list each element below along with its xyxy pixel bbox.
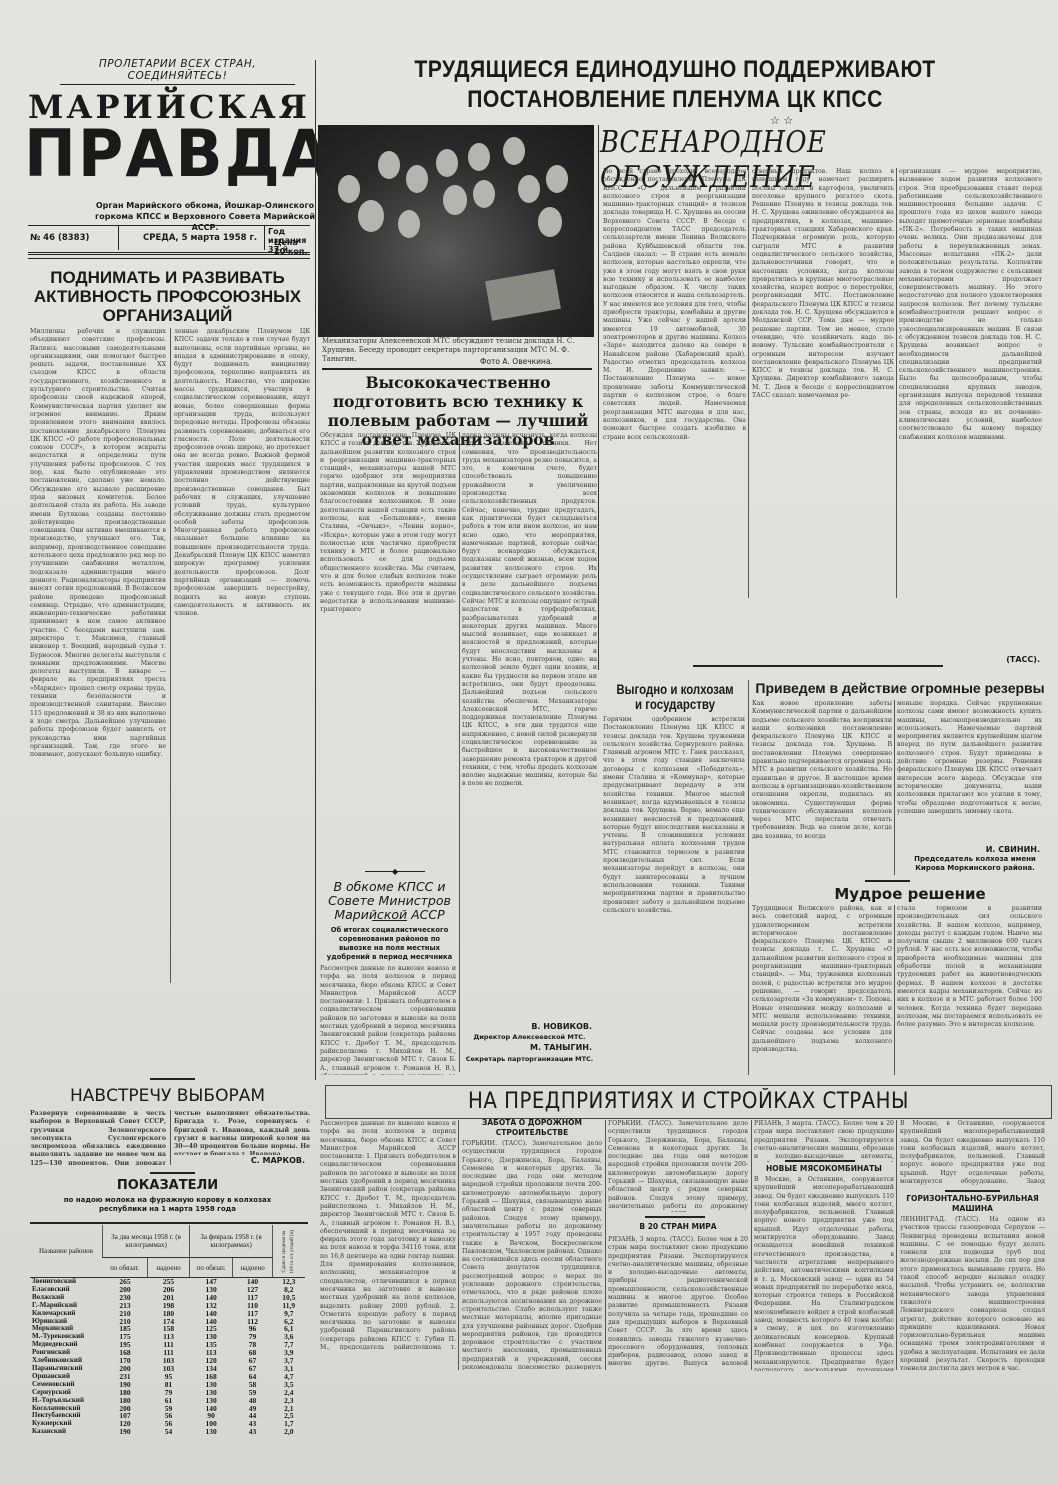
road-body-cont: ГОРЬКИЙ. (ТАСС). Замечательное дело осущ… — [608, 1120, 748, 1212]
mechanizers-signature2: М. ТАНЫГИН. — [462, 1043, 592, 1052]
reserves-col1: Как новое проявление заботы Коммунистиче… — [752, 700, 892, 872]
district-name: Казанский — [30, 1428, 103, 1436]
indicators-table: Название районов За два месяца 1958 г. (… — [30, 1225, 305, 1436]
table-cell: 130 — [190, 1428, 233, 1436]
diamond-ornament-icon: ◆ — [392, 867, 398, 876]
twenty-body: РЯЗАНЬ, 3 марта. (ТАСС). Более чем в 20 … — [608, 1236, 748, 1370]
issue-number: № 46 (8383) — [30, 233, 89, 243]
twenty-title: В 20 СТРАН МИРА — [608, 1222, 748, 1232]
editorial-title: ПОДНИМАТЬ И РАЗВИВАТЬ АКТИВНОСТЬ ПРОФСОЮ… — [25, 268, 310, 325]
reserves-col2: меньше порядка. Сейчас укрупненные колхо… — [897, 700, 1042, 840]
elections-col1: Развернув соревнование в честь выборов в… — [30, 1110, 166, 1165]
col-header-plan-feb: по обязат. — [190, 1258, 233, 1278]
mechanizers-signature1-title: Директор Алексеевской МТС. — [462, 1033, 597, 1042]
editorial-col2: ленные декабрьским Пленумом ЦК КПСС зада… — [174, 328, 310, 983]
col-header-district: Название районов — [30, 1225, 103, 1278]
price: Цена 20 коп. — [274, 238, 310, 256]
table-row: Казанский19054130432,0 — [30, 1428, 305, 1436]
obkom-title: В обкоме КПСС и Совете Министров Марийск… — [322, 880, 457, 922]
road-title: ЗАБОТА О ДОРОЖНОМ СТРОИТЕЛЬСТВЕ — [462, 1118, 602, 1138]
reserves-signature-title: Председатель колхоза имени Кирова Моркин… — [905, 855, 1045, 873]
indicators-subtitle: по надою молока на фуражную корову в кол… — [45, 1196, 290, 1214]
vygodno-title: Выгодно и колхозам и государству — [616, 682, 735, 712]
mechanizers-signature2-title: Секретарь парторганизации МТС. — [462, 1055, 597, 1064]
issue-date: СРЕДА, 5 марта 1958 г. — [143, 233, 257, 243]
newspaper-page: ПРОЛЕТАРИИ ВСЕХ СТРАН, СОЕДИНЯЙТЕСЬ! МАР… — [0, 0, 1058, 1485]
twenty-body-head: РЯЗАНЬ, 3 марта. (ТАСС). Более чем в 20 … — [754, 1120, 894, 1162]
table-cell: 43 — [233, 1428, 273, 1436]
vsenarodnoe-signature: (ТАСС). — [960, 655, 1040, 664]
enterprises-section-header: НА ПРЕДПРИЯТИЯХ И СТРОЙКАХ СТРАНЫ — [325, 1085, 1052, 1119]
obkom-body-part1: Рассмотрев данные по вывозке навоза и то… — [320, 965, 456, 1075]
enterprises-section-title: НА ПРЕДПРИЯТИЯХ И СТРОЙКАХ СТРАНЫ — [362, 1086, 1015, 1118]
col-header-plan-2m: по обязат. — [103, 1258, 148, 1278]
table-cell: 2,0 — [273, 1428, 306, 1436]
mechanizers-col1: Обсуждая постановление Пленума ЦК КПСС и… — [320, 432, 456, 837]
main-headline-line1: ТРУДЯЩИЕСЯ ЕДИНОДУШНО ПОДДЕРЖИВАЮТ — [371, 55, 978, 85]
mechanizers-col2: парка должны исчезнуть, когда колхозы бу… — [462, 432, 597, 1014]
meat-body: В Москве, в Останкине, сооружается крупн… — [754, 1176, 894, 1371]
obkom-subtitle: Об итогах социалистического соревнования… — [322, 926, 457, 962]
meat-title: НОВЫЕ МЯСОКОМБИНАТЫ — [754, 1164, 894, 1174]
drill-title: ГОРИЗОНТАЛЬНО-БУРИЛЬНАЯ МАШИНА — [900, 1194, 1045, 1214]
col-group-two-months: За два месяца 1958 г. (в килограммах) — [103, 1225, 190, 1258]
mudroe-col2: стала тормозом в развитии производительн… — [897, 905, 1042, 1073]
masthead-motto: ПРОЛЕТАРИИ ВСЕХ СТРАН, СОЕДИНЯЙТЕСЬ! — [60, 58, 295, 85]
photo-mechanizers — [318, 125, 594, 337]
drill-body: ЛЕНИНГРАД. (ТАСС). На одном из участков … — [900, 1216, 1045, 1371]
col-group-february: За февраль 1958 г. (в килограммах) — [190, 1225, 273, 1258]
vsenarodnoe-col1: По всей стране проходит всенародное обсу… — [603, 168, 746, 593]
reserves-signature: И. СВИНИН. — [900, 845, 1040, 854]
meat-body-cont: В Москве, в Останкине, сооружается крупн… — [900, 1120, 1045, 1185]
col-header-actual-feb: надоено — [233, 1258, 273, 1278]
masthead-title-line2: ПРАВДА — [24, 120, 314, 187]
mudroe-title: Мудрое решение — [780, 885, 1040, 903]
vygodno-body: Горячим одобрением встретили Постановлен… — [603, 716, 745, 1071]
road-body: ГОРЬКИЙ. (ТАСС). Замечательное дело осущ… — [462, 1140, 602, 1370]
elections-col2: честью выполняют обязательства. Бригада … — [174, 1110, 310, 1155]
issue-bar: № 46 (8383) СРЕДА, 5 марта 1958 г. Год и… — [28, 225, 310, 255]
indicators-title: ПОКАЗАТЕЛИ — [25, 1178, 310, 1193]
elections-signature: С. МАРКОВ. — [200, 1156, 305, 1165]
vsenarodnoe-col3: организация — мудрое мероприятие, вызван… — [899, 168, 1042, 573]
col-header-delivered: Сдано в среднем на 100 га с/х угодий (ц) — [273, 1225, 306, 1278]
table-cell: 54 — [147, 1428, 189, 1436]
photo-credit: Фото А. Овечкина. — [480, 357, 553, 366]
table-cell: 190 — [103, 1428, 148, 1436]
vsenarodnoe-col2: ственных продуктов. Наш колхоз в нынешне… — [752, 168, 894, 593]
main-headline: ТРУДЯЩИЕСЯ ЕДИНОДУШНО ПОДДЕРЖИВАЮТ ПОСТА… — [371, 55, 978, 115]
mechanizers-signature1: В. НОВИКОВ. — [462, 1022, 592, 1031]
elections-title: НАВСТРЕЧУ ВЫБОРАМ — [25, 1086, 310, 1106]
main-headline-line2: ПОСТАНОВЛЕНИЕ ПЛЕНУМА ЦК КПСС — [371, 85, 978, 115]
editorial-col1: Миллионы рабочих и служащих объединяют с… — [30, 328, 166, 983]
mudroe-col1: Трудящиеся Волжского района, как и весь … — [752, 905, 892, 1075]
reserves-title: Приведем в действие огромные резервы — [750, 680, 1050, 696]
col-header-actual-2m: надоено — [147, 1258, 189, 1278]
obkom-body-part2: Рассмотрев данные по вывозке навоза и то… — [320, 1120, 456, 1350]
